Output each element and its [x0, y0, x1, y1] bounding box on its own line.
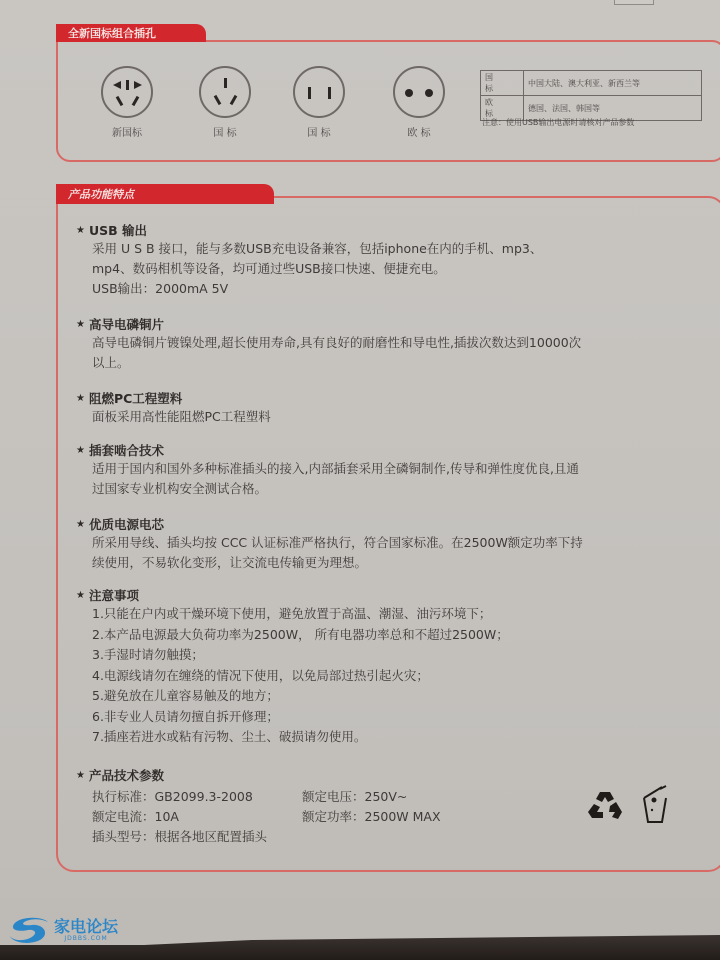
- feature-usb-output: ★USB 输出 采用 U S B 接口，能与多数USB充电设备兼容，包括ipho…: [76, 221, 542, 299]
- table-row: 国 标 中国大陆、澳大利亚、新西兰等: [481, 71, 702, 96]
- precaution-item: 1.只能在户内或干燥环境下使用，避免放置于高温、潮湿、油污环境下；: [92, 604, 509, 625]
- feature-title: 高导电磷铜片: [89, 315, 164, 333]
- feature-text: mp4、数码相机等设备，均可通过些USB接口快速、便捷充电。: [92, 259, 542, 279]
- three-pin-socket-icon: [199, 66, 251, 118]
- socket-label: 国 标: [284, 124, 354, 139]
- standards-table: 国 标 中国大陆、澳大利亚、新西兰等 欧 标 德国、法国、韩国等: [480, 70, 702, 121]
- param-standard: 执行标准：GB2099.3-2008: [92, 787, 302, 807]
- feature-copper-strip: ★高导电磷铜片 高导电磷铜片镀镍处理,超长使用寿命,具有良好的耐磨性和导电性,插…: [76, 315, 581, 373]
- feature-title: 产品技术参数: [89, 766, 164, 784]
- socket-label: 欧 标: [384, 124, 454, 139]
- forum-logo-icon: [8, 916, 50, 944]
- feature-text: 续使用，不易软化变形，让交流电传输更为理想。: [92, 553, 583, 573]
- usb-note: 注意：使用USB输出电源时请核对产品参数: [482, 117, 634, 128]
- socket-national-2pin: 国 标: [284, 66, 354, 139]
- feature-precautions: ★注意事项 1.只能在户内或干燥环境下使用，避免放置于高温、潮湿、油污环境下； …: [76, 586, 509, 748]
- feature-text: 采用 U S B 接口，能与多数USB充电设备兼容，包括iphone在内的手机、…: [92, 239, 542, 259]
- two-flat-pin-socket-icon: [293, 66, 345, 118]
- precaution-item: 7.插座若进水或粘有污物、尘土、破损请勿使用。: [92, 727, 509, 748]
- socket-european: 欧 标: [384, 66, 454, 139]
- watermark-url: JDBBS.COM: [54, 935, 118, 942]
- socket-section-title: 全新国标组合插孔: [68, 25, 156, 41]
- features-section-header: 产品功能特点: [56, 184, 274, 204]
- socket-label: 新国标: [92, 124, 162, 139]
- star-icon: ★: [76, 445, 85, 456]
- watermark-logo: 家电论坛 JDBBS.COM: [8, 916, 118, 944]
- param-current: 额定电流：10A: [92, 807, 302, 827]
- socket-national-3pin: 国 标: [190, 66, 260, 139]
- feature-title: USB 输出: [89, 221, 147, 239]
- socket-label: 国 标: [190, 124, 260, 139]
- param-voltage: 额定电压：250V~: [302, 787, 407, 807]
- trash-bin-icon: [640, 784, 670, 826]
- feature-title: 插套啮合技术: [89, 441, 164, 459]
- two-round-pin-socket-icon: [393, 66, 445, 118]
- feature-text: 高导电磷铜片镀镍处理,超长使用寿命,具有良好的耐磨性和导电性,插拔次数达到100…: [92, 333, 581, 353]
- precaution-item: 5.避免放在儿童容易触及的地方；: [92, 686, 509, 707]
- feature-pc-plastic: ★阻燃PC工程塑料 面板采用高性能阻燃PC工程塑料: [76, 389, 271, 427]
- feature-text: 过国家专业机构安全测试合格。: [92, 479, 579, 499]
- precaution-item: 3.手湿时请勿触摸；: [92, 645, 509, 666]
- socket-new-national: 新国标: [92, 66, 162, 139]
- feature-text: USB输出：2000mA 5V: [92, 279, 542, 299]
- table-cell-key: 国 标: [481, 71, 524, 96]
- feature-socket-tech: ★插套啮合技术 适用于国内和国外多种标准插头的接入,内部插套采用全磷铜制作,传导…: [76, 441, 579, 499]
- feature-title: 阻燃PC工程塑料: [89, 389, 182, 407]
- star-icon: ★: [76, 225, 85, 236]
- table-cell-value: 中国大陆、澳大利亚、新西兰等: [524, 71, 702, 96]
- watermark-name: 家电论坛: [54, 919, 118, 935]
- feature-text: 适用于国内和国外多种标准插头的接入,内部插套采用全磷铜制作,传导和弹性度优良,且…: [92, 459, 579, 479]
- param-plug-type: 插头型号：根据各地区配置插头: [92, 827, 267, 847]
- star-icon: ★: [76, 519, 85, 530]
- precaution-item: 4.电源线请勿在缠绕的情况下使用，以免局部过热引起火灾；: [92, 666, 509, 687]
- tech-params: 执行标准：GB2099.3-2008 额定电压：250V~ 额定电流：10A 额…: [92, 787, 441, 847]
- box-flap-edge: [614, 0, 654, 5]
- feature-title: 注意事项: [89, 586, 139, 604]
- star-icon: ★: [76, 319, 85, 330]
- star-icon: ★: [76, 590, 85, 601]
- feature-text: 以上。: [92, 353, 581, 373]
- feature-text: 所采用导线、插头均按 CCC 认证标准严格执行，符合国家标准。在2500W额定功…: [92, 533, 583, 553]
- feature-text: 面板采用高性能阻燃PC工程塑料: [92, 407, 271, 427]
- recycle-icon: [586, 790, 624, 824]
- precaution-item: 2.本产品电源最大负荷功率为2500W， 所有电器功率总和不超过2500W；: [92, 625, 509, 646]
- star-icon: ★: [76, 770, 85, 781]
- universal-socket-icon: [101, 66, 153, 118]
- features-section-title: 产品功能特点: [68, 186, 134, 202]
- param-power: 额定功率：2500W MAX: [302, 807, 441, 827]
- feature-title: 优质电源电芯: [89, 515, 164, 533]
- star-icon: ★: [76, 393, 85, 404]
- precaution-item: 6.非专业人员请勿擅自拆开修理；: [92, 707, 509, 728]
- socket-section-header: 全新国标组合插孔: [56, 24, 206, 42]
- feature-power-core: ★优质电源电芯 所采用导线、插头均按 CCC 认证标准严格执行，符合国家标准。在…: [76, 515, 583, 573]
- tech-params-heading: ★产品技术参数: [76, 766, 164, 784]
